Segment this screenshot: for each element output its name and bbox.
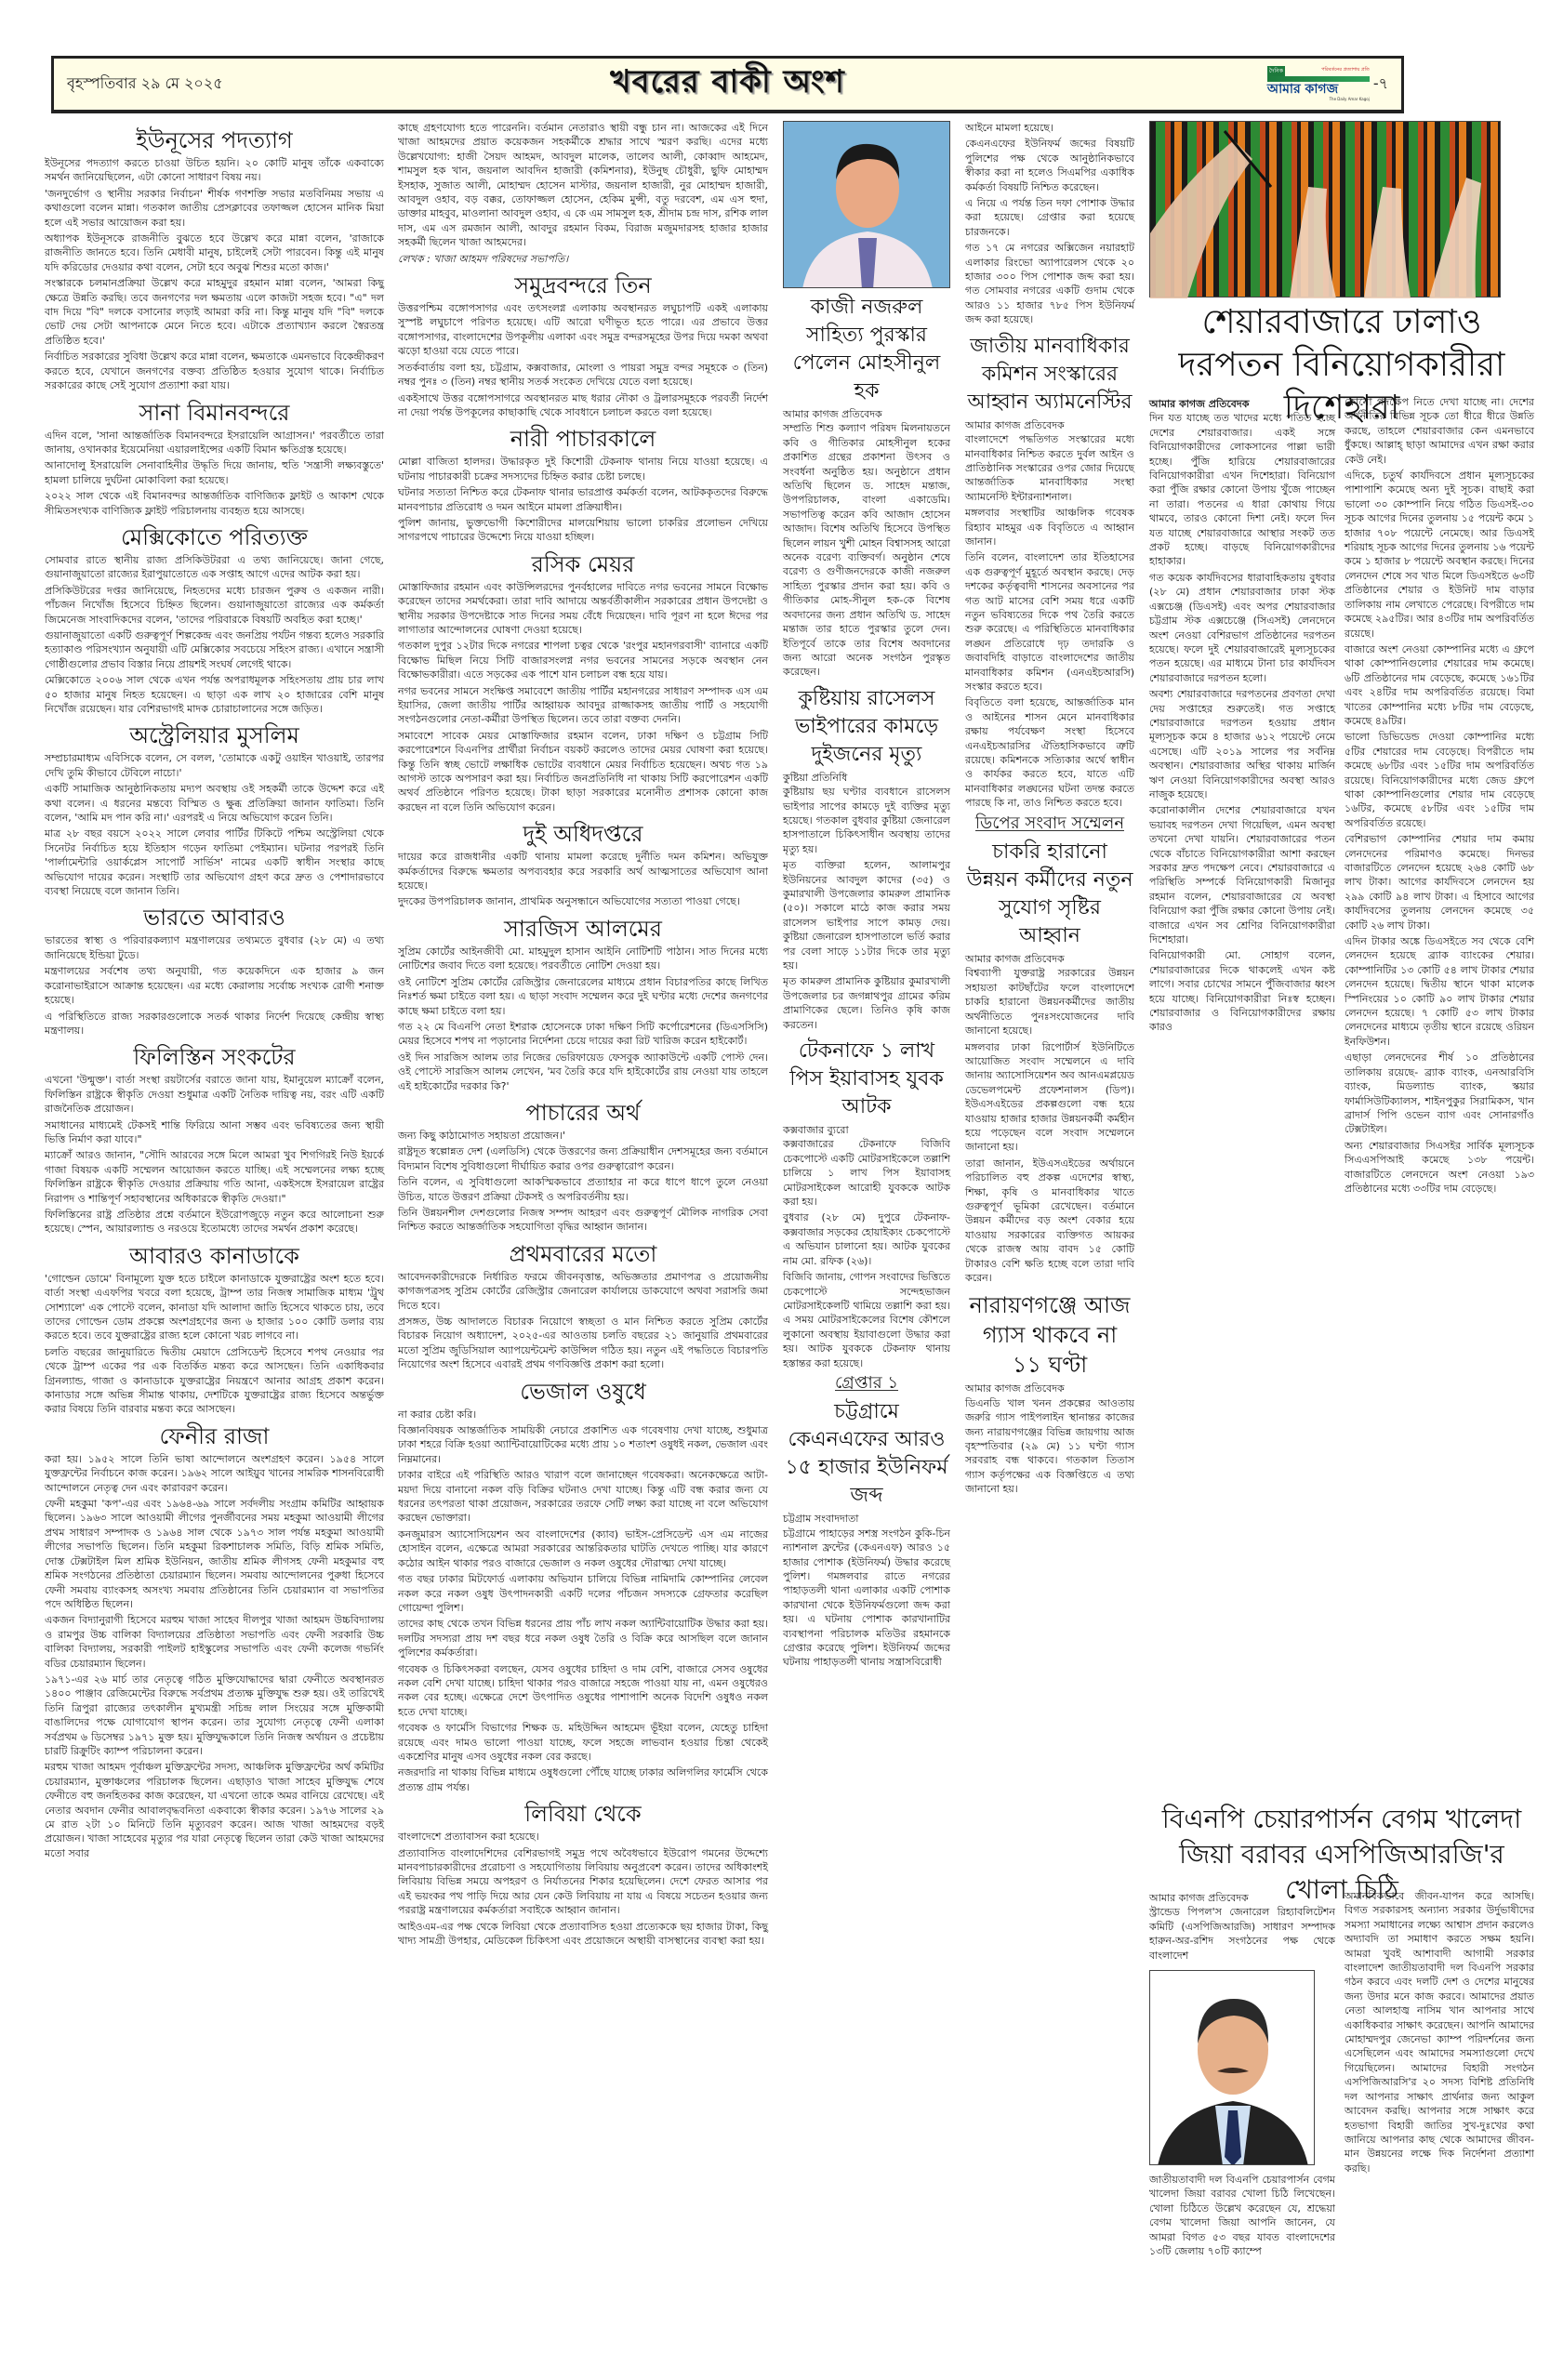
logo-tagline: পরিবর্তনের প্রত্যাশায় প্রতি [1321, 67, 1370, 74]
article-headline: লিবিয়া থেকে [398, 1800, 768, 1828]
article-paragraph: দায়ের করে রাজধানীর একটি থানায় মামলা কর… [398, 850, 768, 892]
kicker-wrapper: গ্রেপ্তার ১ [783, 1372, 950, 1393]
article-paragraph: না করার চেষ্টা করি। [398, 1408, 768, 1421]
article-headline: কাজী নজরুল সাহিত্য পুরস্কার পেলেন মোহসীন… [783, 294, 950, 405]
article-paragraph: বাংলাদেশে প্রত্যাবাসন করা হয়েছে। [398, 1830, 768, 1844]
article-byline: আমার কাগজ প্রতিবেদক [965, 418, 1134, 432]
article-paragraph: বাংলাদেশে পদ্ধতিগত সংস্কারের মধ্যে মানবা… [965, 432, 1134, 504]
article-paragraph: মেক্সিকোতে ২০০৬ সাল থেকে এখন পর্যন্ত অপর… [45, 673, 384, 716]
article-paragraph: এদিকে, চতুর্থ কার্যদিবসে প্রধান মূল্যসূচ… [1345, 469, 1534, 641]
article-paragraph: মঙ্গলবার সংস্থাটির আঞ্চলিক গবেষক রিহ্যাব… [965, 506, 1134, 549]
kicker-wrapper: ডিপের সংবাদ সম্মেলন [965, 813, 1134, 833]
article-paragraph: জাতীয়তাবাদী দল বিএনপি চেয়ারপার্সন বেগম… [1149, 2173, 1335, 2258]
article-headline: মেক্সিকোতে পরিত্যক্ত [45, 523, 384, 551]
column-1: ইউনূসের পদত্যাগ ইউনূসের পদত্যাগ করতে চাও… [45, 121, 384, 1862]
article-byline: আমার কাগজ প্রতিবেদক [965, 952, 1134, 966]
article-paragraph: ভালো ডিভিডেন্ড দেওয়া কোম্পানির মধ্যে ৫ট… [1345, 730, 1534, 830]
article-paragraph: কেএনএফের ইউনিফর্ম জব্দের বিষয়টি পুলিশের… [965, 137, 1134, 194]
logo-top-label: দৈনিক [1267, 66, 1285, 76]
article-author-note: লেখক : খাজা আহমদ পরিষদের সভাপতি। [398, 252, 768, 266]
column-5: আমার কাগজ প্রতিবেদক দিন যত যাচ্ছে তত খাদ… [1149, 395, 1335, 1037]
article-paragraph: গত ১৭ মে নগরের অক্সিজেন নয়ারহাট এলাকার … [965, 241, 1134, 326]
article-paragraph: এছাড়া লেনদেনের শীর্ষ ১০ প্রতিষ্ঠানের তা… [1345, 1051, 1534, 1136]
article-paragraph: বিবৃতিতে বলা হয়েছে, আন্তর্জাতিক মান ও আ… [965, 695, 1134, 810]
article-headline: টেকনাফে ১ লাখ পিস ইয়াবাসহ যুবক আটক [783, 1038, 950, 1121]
article-paragraph: ফিলিস্তিনের রাষ্ট্র প্রতিষ্ঠার প্রশ্নে ব… [45, 1208, 384, 1236]
article-paragraph: অবশ্য শেয়ারবাজারে দরপতনের প্রবণতা দেখা … [1149, 687, 1335, 801]
article-paragraph: মন্ত্রণালয়ের সর্বশেষ তথ্য অনুযায়ী, গত … [45, 964, 384, 1007]
article-paragraph: ১৯৭১-এর ২৬ মার্চ তার নেতৃত্বে গঠিত মুক্ত… [45, 1673, 384, 1758]
article-paragraph: 'গোল্ডেন ডোমে' বিনামূল্যে যুক্ত হতে চাইল… [45, 1272, 384, 1343]
article-paragraph: তিনি বলেন, এ সুবিধাগুলো আকস্মিকভাবে প্রত… [398, 1175, 768, 1204]
logo-english-name: The Daily Amar Kagoj [1267, 97, 1370, 101]
column-4: আইনে মামলা হয়েছে। কেএনএফের ইউনিফর্ম জব্… [965, 121, 1134, 1499]
article-headline: প্রথমবারের মতো [398, 1240, 768, 1268]
stock-market-photo [1149, 121, 1501, 297]
article-paragraph: এ পরিস্থিতিতে রাজ্য সরকারগুলোকে সতর্ক থা… [45, 1010, 384, 1038]
article-kicker: ডিপের সংবাদ সম্মেলন [975, 816, 1124, 831]
article-paragraph: মোস্তাফিজার রহমান এবং কাউন্সিলরদের পুনর্… [398, 580, 768, 638]
article-paragraph: ফেনী মহকুমা 'কপ'-এর এবং ১৯৬৪-৬৯ সালে সর্… [45, 1497, 384, 1611]
article-kicker: গ্রেপ্তার ১ [835, 1376, 898, 1391]
article-paragraph: ইউনূসের পদত্যাগ করতে চাওয়া উচিত হয়নি। … [45, 156, 384, 185]
article-paragraph: তারা জানান, ইউএসএইডের অর্থায়নে পরিচালিত… [965, 1157, 1134, 1286]
article-headline: জাতীয় মানবাধিকার কমিশন সংস্কারের আহ্বান… [965, 333, 1134, 416]
masthead-logo-area: দৈনিক পরিবর্তনের প্রত্যাশায় প্রতি আমার … [1072, 66, 1388, 103]
article-headline: ফেনীর রাজা [45, 1422, 384, 1450]
article-paragraph: কক্সবাজারের টেকনাফে বিজিবি চেকপোস্টে একট… [783, 1137, 950, 1209]
article-paragraph: গবেষক ও ফার্মেসি বিভাগের শিক্ষক ড. মহিউদ… [398, 1721, 768, 1764]
article-headline: সমুদ্রবন্দরে তিন [398, 271, 768, 299]
issue-date: বৃহস্পতিবার ২৯ মে ২০২৫ [67, 72, 383, 97]
person-portrait-icon [784, 122, 950, 288]
article-byline: আমার কাগজ প্রতিবেদক [1149, 397, 1335, 411]
open-letter-left: আমার কাগজ প্রতিবেদক স্ট্রান্ডেড পিপল'স জ… [1149, 1889, 1335, 2260]
article-paragraph: এদিন টাকার অঙ্কে ডিএসইতে সব থেকে বেশি লে… [1345, 934, 1534, 1049]
article-paragraph: সম্প্রচারমাধ্যম এবিসিকে বলেন, সে বলল, 'ত… [45, 751, 384, 780]
article-paragraph: বাজারে অংশ নেওয়া কোম্পানির মধ্যে এ গ্রু… [1345, 642, 1534, 728]
article-paragraph: গুয়ানাজুয়াতো একটি গুরুত্বপূর্ণ শিল্পকে… [45, 628, 384, 671]
column-3: কাজী নজরুল সাহিত্য পুরস্কার পেলেন মোহসীন… [783, 121, 950, 1672]
article-paragraph: ডিএনডি খাল খনন প্রকল্পের আওতায় জরুরি গ্… [965, 1396, 1134, 1497]
article-headline: ফিলিস্তিন সংকটের [45, 1043, 384, 1071]
article-headline: রসিক মেয়র [398, 550, 768, 578]
article-headline: সানা বিমানবন্দরে [45, 399, 384, 427]
article-paragraph: তাদের কাছ থেকে তখন বিভিন্ন ধরনের প্রায় … [398, 1617, 768, 1659]
article-paragraph: কোনো পদক্ষেপ নিতে দেখা যাচ্ছে না। দেশের … [1345, 395, 1534, 467]
article-headline: ভেজাল ওষুধে [398, 1378, 768, 1406]
article-paragraph: আনাদোলু ইসরায়েলি সেনাবাহিনীর উদ্ধৃতি দি… [45, 458, 384, 487]
article-paragraph: প্রত্যাবাসিত বাংলাদেশিদের বেশিরভাগই সমুদ… [398, 1846, 768, 1918]
article-paragraph: গত কয়েক কার্যদিবসের ধারাবাহিকতায় বুধবা… [1149, 571, 1335, 685]
article-paragraph: সতর্কবার্তায় বলা হয়, চট্টগ্রাম, কক্সবা… [398, 361, 768, 390]
article-paragraph: কনজুমারস অ্যাসোসিয়েশন অব বাংলাদেশের (ক্… [398, 1527, 768, 1570]
article-paragraph: ভারতের স্বাস্থ্য ও পরিবারকল্যাণ মন্ত্রণা… [45, 933, 384, 962]
article-paragraph: একটি সামাজিক আনুষ্ঠানিকতায় মদ্যপ অবস্থা… [45, 782, 384, 825]
article-byline: চট্টগ্রাম সংবাদদাতা [783, 1512, 950, 1526]
article-paragraph: জন্য কিছু কাঠামোগত সহায়তা প্রয়োজন।' [398, 1129, 768, 1143]
article-byline: আমার কাগজ প্রতিবেদক [783, 407, 950, 421]
article-paragraph: গত বছর ঢাকার মিটফোর্ড এলাকায় অভিযান চাল… [398, 1572, 768, 1615]
article-paragraph: চট্টগ্রামে পাহাড়ের সশস্ত্র সংগঠন কুকি-চ… [783, 1527, 950, 1670]
article-paragraph: স্ট্রান্ডেড পিপল'স জেনারেল রিহ্যাবলিটেশন… [1149, 1905, 1335, 1963]
article-byline: আমার কাগজ প্রতিবেদক [1149, 1891, 1335, 1905]
article-paragraph: অধ্যাপক ইউনূসকে রাজনীতি বুঝতে হবে উল্লেখ… [45, 231, 384, 274]
article-headline: আবারও কানাডাকে [45, 1242, 384, 1270]
article-paragraph: চলতি বছরের জানুয়ারিতে দ্বিতীয় মেয়াদে … [45, 1345, 384, 1417]
article-paragraph: সমাবেশে সাবেক মেয়র মোস্তাফিজার রহমান বল… [398, 729, 768, 814]
article-headline: ভারতে আবারও [45, 904, 384, 932]
section-title: খবরের বাকী অংশ [610, 58, 845, 111]
person-portrait-icon [1150, 1971, 1315, 2165]
article-paragraph: এখনো 'উন্মুক্ত'। বার্তা সংস্থা রয়টার্সে… [45, 1073, 384, 1116]
article-paragraph: প্রসিকিউটরের দপ্তর জানিয়েছে, নিহতদের মধ… [45, 584, 384, 627]
article-paragraph: মৃত ব্যক্তিরা হলেন, আলামপুর ইউনিয়নের আব… [783, 858, 950, 972]
column-6: কোনো পদক্ষেপ নিতে দেখা যাচ্ছে না। দেশের … [1345, 395, 1534, 1197]
article-paragraph: নজরদারি না থাকায় বিভিন্ন মাধ্যমে ওষুধগু… [398, 1765, 768, 1794]
article-paragraph: নির্বাচিত সরকারের সুবিধা উল্লেখ করে মান্… [45, 350, 384, 392]
page-number: -৭ [1373, 72, 1388, 97]
article-headline: ইউনূসের পদত্যাগ [45, 126, 384, 154]
article-paragraph: অন্য শেয়ারবাজার সিএসইর সার্বিক মূল্যসূচ… [1345, 1139, 1534, 1197]
article-paragraph: করা হয়। ১৯৫২ সালে তিনি ভাষা আন্দোলনে অং… [45, 1452, 384, 1495]
article-paragraph: গতকাল দুপুর ১২টার দিকে নগরের শাপলা চত্বর… [398, 639, 768, 681]
article-paragraph: ২০২২ সাল থেকে এই বিমানবন্দর আন্তর্জাতিক … [45, 489, 384, 518]
article-paragraph: ওই দিন সারজিস আলম তার নিজের ভেরিফায়েড ফ… [398, 1051, 768, 1093]
article-paragraph: গত ২২ মে বিএনপি নেতা ইশরাক হোসেনকে ঢাকা … [398, 1020, 768, 1049]
article-headline: কুষ্টিয়ায় রাসেলস ভাইপারের কামড়ে দুইজন… [783, 685, 950, 769]
article-paragraph: প্রসঙ্গত, উচ্চ আদালতে বিচারক নিয়োগে স্ব… [398, 1315, 768, 1372]
newspaper-logo: দৈনিক পরিবর্তনের প্রত্যাশায় প্রতি আমার … [1267, 66, 1370, 103]
article-paragraph: কাছে গ্রহণযোগ্য হতে পারেননি। বর্তমান নেত… [398, 121, 768, 250]
article-headline: পাচারের অর্থ [398, 1099, 768, 1127]
article-paragraph: উত্তরপশ্চিম বঙ্গোপসাগর এবং তৎসংলগ্ন এলাক… [398, 301, 768, 359]
article-paragraph: বিজিবি জানায়, গোপন সংবাদের ভিত্তিতে চেক… [783, 1270, 950, 1370]
article-headline: চট্টগ্রামে কেএনএফের আরও ১৫ হাজার ইউনিফর্… [783, 1398, 950, 1510]
article-paragraph: দুদকের উপপরিচালক জানান, প্রাথমিক অনুসন্ধ… [398, 894, 768, 908]
article-paragraph: বুধবার (২৮ মে) দুপুরে টেকনাফ-কক্সবাজার স… [783, 1210, 950, 1268]
article-headline: চাকরি হারানো উন্নয়ন কর্মীদের নতুন সুযোগ… [965, 839, 1134, 950]
article-paragraph: একজন বিদ্যানুরাগী হিসেবে মরহুম খাজা সাহে… [45, 1613, 384, 1671]
article-paragraph: কুষ্টিয়ায় ছয় ঘণ্টার ব্যবধানে রাসেলস ভ… [783, 785, 950, 856]
article-paragraph: দিন যত যাচ্ছে তত খাদের মধ্যে পতিত হচ্ছে … [1149, 411, 1335, 568]
article-paragraph: পুলিশ জানায়, ভুক্তভোগী কিশোরীদের মালয়ে… [398, 516, 768, 545]
portrait-photo [783, 121, 950, 288]
article-paragraph: তিনি উন্নয়নশীল দেশগুলোর নিজস্ব সম্পদ আহ… [398, 1206, 768, 1235]
article-paragraph: মরহুম খাজা আহমদ পূর্বাঞ্চল মুক্তিফ্রন্টে… [45, 1760, 384, 1860]
article-headline: নারী পাচারকালে [398, 425, 768, 453]
article-paragraph: করোনাকালীন দেশের শেয়ারবাজারে যখন ভয়াবহ… [1149, 803, 1335, 946]
article-paragraph: সংস্কারকে চলমানপ্রক্রিয়া উল্লেখ করে মাহ… [45, 276, 384, 348]
article-paragraph: এদিন বলে, 'সানা আন্তর্জাতিক বিমানবন্দরে … [45, 429, 384, 457]
article-paragraph: বিশ্বব্যাপী যুক্তরাষ্ট্র সরকারের উন্নয়ন… [965, 966, 1134, 1038]
article-headline: অস্ট্রেলিয়ার মুসলিম [45, 721, 384, 749]
article-paragraph: মঙ্গলবার ঢাকা রিপোর্টার্স ইউনিটিতে আয়োজ… [965, 1040, 1134, 1155]
article-paragraph: তিনি বলেন, বাংলাদেশ তার ইতিহাসের এক গুরু… [965, 550, 1134, 694]
article-paragraph: আইওএম-এর পক্ষ থেকে লিবিয়া থেকে প্রত্যাব… [398, 1920, 768, 1949]
article-paragraph: সুপ্রিম কোর্টের আইনজীবী মো. মাহমুদুল হাস… [398, 945, 768, 973]
page-masthead: বৃহস্পতিবার ২৯ মে ২০২৫ খবরের বাকী অংশ দৈ… [51, 56, 1404, 113]
article-byline: কুষ্টিয়া প্রতিনিধি [783, 771, 950, 785]
article-paragraph: মৃত কামরুল প্রামানিক কুষ্টিয়ার কুমারখাল… [783, 974, 950, 1032]
article-paragraph: একইসাথে উত্তর বঙ্গোপসাগরে অবস্থানরত মাছ … [398, 391, 768, 420]
article-paragraph: ঘটনার সত্যতা নিশ্চিত করে টেকনাফ থানার ভা… [398, 485, 768, 514]
article-paragraph: বিজ্ঞানবিষয়ক আন্তর্জাতিক সাময়িকী নেচার… [398, 1423, 768, 1466]
article-byline: কক্সবাজার ব্যুরো [783, 1123, 950, 1137]
article-paragraph: অমানবিকভাবে জীবন-যাপন করে আসছি। বিগত সরক… [1345, 1889, 1534, 2175]
column-2: কাছে গ্রহণযোগ্য হতে পারেননি। বর্তমান নেত… [398, 121, 768, 1950]
article-paragraph: বেশিরভাগ কোম্পানির শেয়ার দাম কমায় লেনদ… [1345, 832, 1534, 932]
article-paragraph: বিনিয়োগকারী মো. সোহাগ বলেন, শেয়ারবাজার… [1149, 948, 1335, 1034]
open-letter-right: অমানবিকভাবে জীবন-যাপন করে আসছি। বিগত সরক… [1345, 1889, 1534, 2177]
article-paragraph: মোল্লা বাজিতা হালদর। উদ্ধারকৃত দুই কিশোর… [398, 455, 768, 483]
newspaper-page: বৃহস্পতিবার ২৯ মে ২০২৫ খবরের বাকী অংশ দৈ… [0, 0, 1550, 2380]
article-headline: দুই অধিদপ্তরে [398, 820, 768, 848]
article-headline: নারায়ণগঞ্জে আজ গ্যাস থাকবে না ১১ ঘণ্টা [965, 1290, 1134, 1380]
article-paragraph: সম্প্রতি শিশু কল্যাণ পরিষদ মিলনায়তনে কব… [783, 421, 950, 679]
article-paragraph: 'জনদুর্ভোগ ও স্থানীয় সরকার নির্বাচন' শী… [45, 187, 384, 230]
article-paragraph: ঢাকার বাইরে এই পরিস্থিতি আরও খারাপ বলে জ… [398, 1468, 768, 1526]
portrait-photo [1149, 1970, 1315, 2165]
article-paragraph: সমাধানের মাধ্যমেই টেকসই শান্তি ফিরিয়ে আ… [45, 1118, 384, 1147]
article-paragraph: নগর ভবনের সামনে সংক্ষিপ্ত সমাবেশে জাতীয়… [398, 684, 768, 727]
logo-name: আমার কাগজ [1267, 82, 1370, 97]
article-paragraph: ওই নোটিশে সুপ্রিম কোর্টের রেজিস্ট্রার জে… [398, 975, 768, 1018]
hands-pointing-at-board-icon [1150, 122, 1502, 298]
article-paragraph: আবেদনকারীদেরকে নির্ধারিত ফরমে জীবনবৃত্তা… [398, 1270, 768, 1313]
article-paragraph: আইনে মামলা হয়েছে। [965, 121, 1134, 135]
article-paragraph: গবেষক ও চিকিৎসকরা বলছেন, যেসব ওষুধের চাহ… [398, 1662, 768, 1720]
article-byline: আমার কাগজ প্রতিবেদক [965, 1382, 1134, 1395]
article-paragraph: এ নিয়ে এ পর্যন্ত তিন দফা পোশাক উদ্ধার ক… [965, 196, 1134, 239]
article-headline: সারজিস আলমের [398, 915, 768, 943]
article-paragraph: ম্যাক্রোঁ আরও জানান, "সৌদি আরবের সঙ্গে ম… [45, 1148, 384, 1206]
article-paragraph: রাষ্ট্রদূত স্বল্পোন্নত দেশ (এলডিসি) থেকে… [398, 1144, 768, 1173]
article-paragraph: মাত্র ২৮ বছর বয়সে ২০২২ সালে লেবার পার্ট… [45, 826, 384, 898]
article-paragraph: সোমবার রাতে স্থানীয় রাজ্য প্রসিকিউটররা … [45, 553, 384, 582]
